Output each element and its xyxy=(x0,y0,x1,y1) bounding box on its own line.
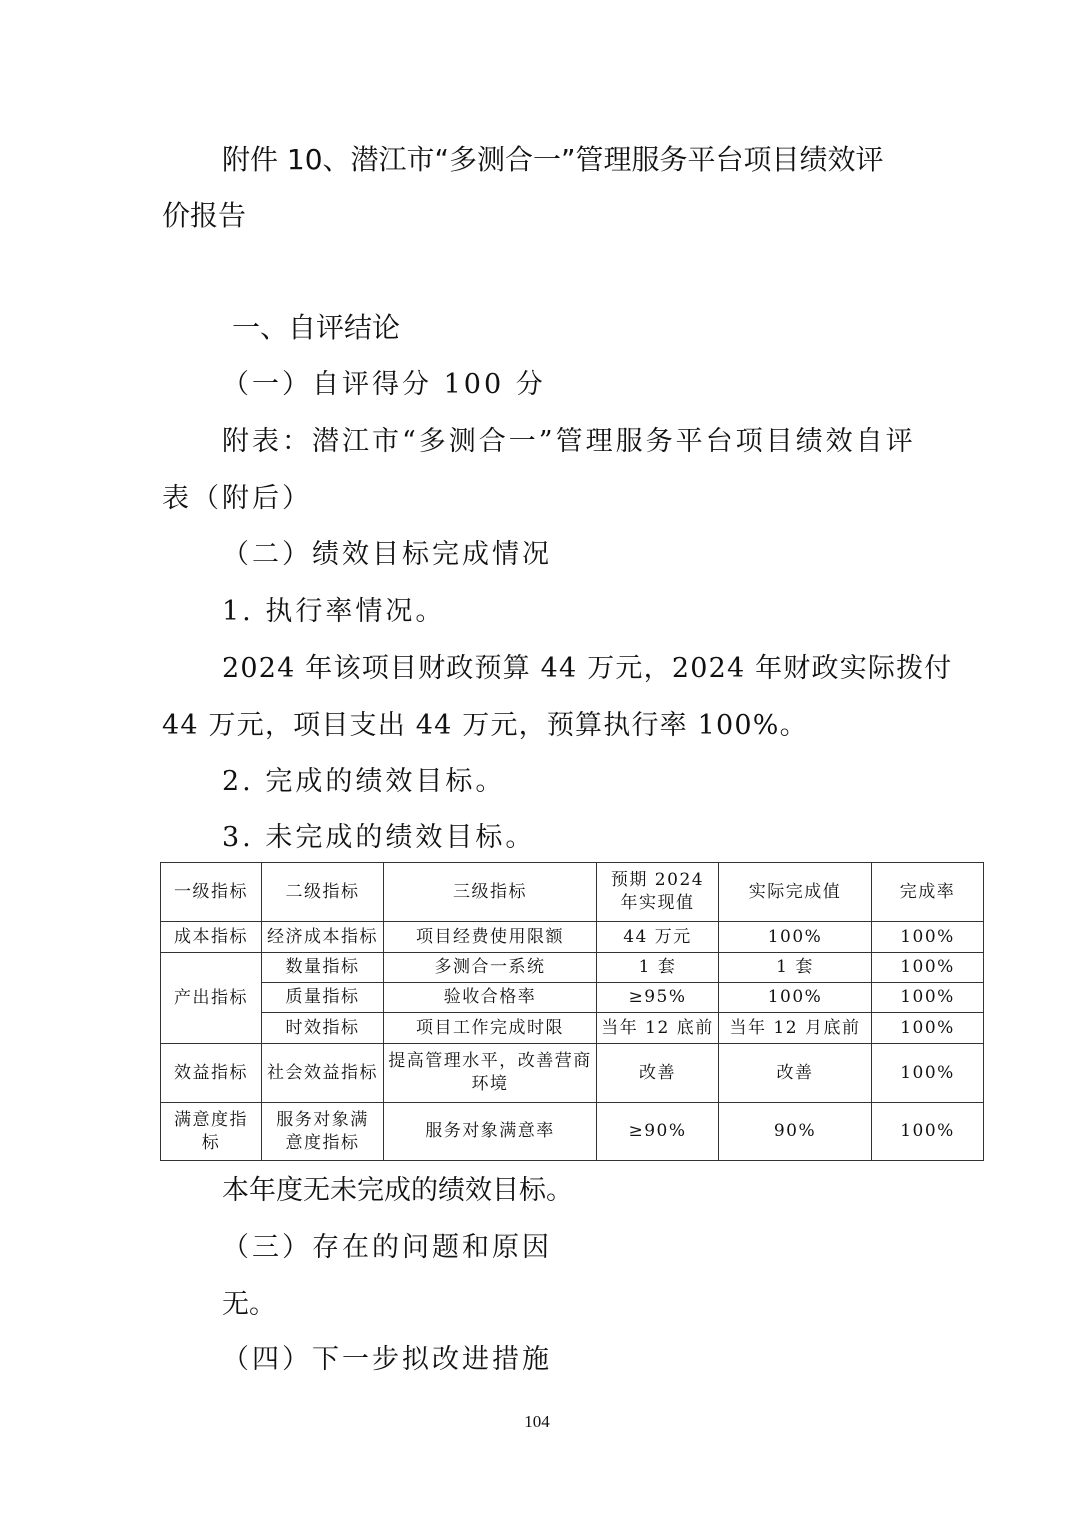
subsection-next-steps: （四）下一步拟改进措施 xyxy=(222,1346,552,1373)
header-level3: 三级指标 xyxy=(384,863,597,922)
budget-paragraph-line-2: 44 万元，项目支出 44 万元，预算执行率 100%。 xyxy=(162,712,808,739)
cell-level2: 时效指标 xyxy=(262,1013,384,1044)
cell-level1: 效益指标 xyxy=(161,1044,262,1103)
header-actual: 实际完成值 xyxy=(719,863,872,922)
cell-expected: 1 套 xyxy=(597,953,719,983)
cell-level2: 服务对象满意度指标 xyxy=(262,1103,384,1161)
item-completed-goals: 2. 完成的绩效目标。 xyxy=(222,768,505,795)
cell-rate: 100% xyxy=(872,1103,984,1161)
cell-level3: 项目经费使用限额 xyxy=(384,922,597,953)
subsection-problems: （三）存在的问题和原因 xyxy=(222,1234,552,1261)
page-number: 104 xyxy=(0,1412,1074,1432)
table-header-row: 一级指标 二级指标 三级指标 预期 2024 年实现值 实际完成值 完成率 xyxy=(161,863,984,922)
cell-rate: 100% xyxy=(872,953,984,983)
attachment-note-line-1: 附表：潜江市“多测合一”管理服务平台项目绩效自评 xyxy=(222,428,916,455)
cell-level2: 社会效益指标 xyxy=(262,1044,384,1103)
cell-level1: 产出指标 xyxy=(161,953,262,1044)
cell-level2: 经济成本指标 xyxy=(262,922,384,953)
table-row: 效益指标 社会效益指标 提高管理水平，改善营商环境 改善 改善 100% xyxy=(161,1044,984,1103)
cell-level3: 验收合格率 xyxy=(384,983,597,1013)
subsection-score: （一）自评得分 100 分 xyxy=(222,371,546,398)
cell-level3: 多测合一系统 xyxy=(384,953,597,983)
cell-actual: 100% xyxy=(719,983,872,1013)
cell-level2: 质量指标 xyxy=(262,983,384,1013)
cell-rate: 100% xyxy=(872,922,984,953)
cell-expected: 当年 12 底前 xyxy=(597,1013,719,1044)
table-row: 产出指标 数量指标 多测合一系统 1 套 1 套 100% xyxy=(161,953,984,983)
table-row: 质量指标 验收合格率 ≥95% 100% 100% xyxy=(161,983,984,1013)
cell-rate: 100% xyxy=(872,1013,984,1044)
header-level1: 一级指标 xyxy=(161,863,262,922)
budget-paragraph-line-1: 2024 年该项目财政预算 44 万元，2024 年财政实际拨付 xyxy=(222,655,953,682)
cell-rate: 100% xyxy=(872,1044,984,1103)
item-execution-rate: 1. 执行率情况。 xyxy=(222,598,445,625)
cell-level3: 服务对象满意率 xyxy=(384,1103,597,1161)
item-uncompleted-goals: 3. 未完成的绩效目标。 xyxy=(222,824,535,851)
problems-body: 无。 xyxy=(222,1291,276,1318)
table-row: 成本指标 经济成本指标 项目经费使用限额 44 万元 100% 100% xyxy=(161,922,984,953)
cell-expected: 44 万元 xyxy=(597,922,719,953)
header-expected: 预期 2024 年实现值 xyxy=(597,863,719,922)
cell-level3: 项目工作完成时限 xyxy=(384,1013,597,1044)
header-rate: 完成率 xyxy=(872,863,984,922)
attachment-note-line-2: 表（附后） xyxy=(162,485,312,512)
no-uncompleted-goals-statement: 本年度无未完成的绩效目标。 xyxy=(222,1177,573,1204)
cell-level1: 满意度指标 xyxy=(161,1103,262,1161)
cell-expected: ≥95% xyxy=(597,983,719,1013)
table-row: 时效指标 项目工作完成时限 当年 12 底前 当年 12 月底前 100% xyxy=(161,1013,984,1044)
document-title-line-1: 附件 10、潜江市“多测合一”管理服务平台项目绩效评 xyxy=(222,146,884,174)
cell-expected: 改善 xyxy=(597,1044,719,1103)
cell-actual: 90% xyxy=(719,1103,872,1161)
document-title-line-2: 价报告 xyxy=(162,202,246,230)
cell-expected: ≥90% xyxy=(597,1103,719,1161)
cell-actual: 100% xyxy=(719,922,872,953)
table-row: 满意度指标 服务对象满意度指标 服务对象满意率 ≥90% 90% 100% xyxy=(161,1103,984,1161)
cell-actual: 改善 xyxy=(719,1044,872,1103)
cell-level2: 数量指标 xyxy=(262,953,384,983)
cell-level1: 成本指标 xyxy=(161,922,262,953)
performance-indicator-table: 一级指标 二级指标 三级指标 预期 2024 年实现值 实际完成值 完成率 成本… xyxy=(160,862,984,1161)
cell-rate: 100% xyxy=(872,983,984,1013)
header-level2: 二级指标 xyxy=(262,863,384,922)
section-heading-self-evaluation: 一、自评结论 xyxy=(232,314,400,342)
cell-actual: 当年 12 月底前 xyxy=(719,1013,872,1044)
cell-level3: 提高管理水平，改善营商环境 xyxy=(384,1044,597,1103)
cell-actual: 1 套 xyxy=(719,953,872,983)
subsection-goal-completion: （二）绩效目标完成情况 xyxy=(222,541,552,568)
